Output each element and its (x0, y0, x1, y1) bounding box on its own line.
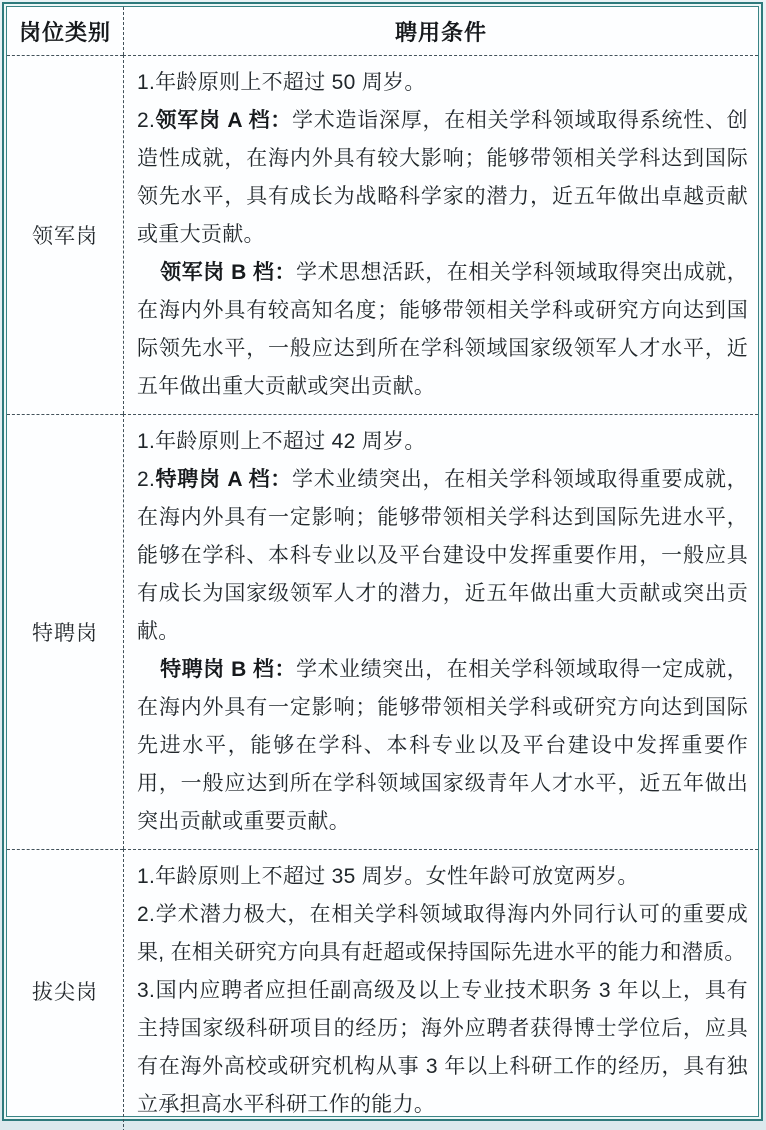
condition-tier-label: 领军岗 A 档： (155, 109, 292, 132)
condition-paragraph: 2.学术潜力极大，在相关学科领域取得海内外同行认可的重要成果, 在相关研究方向具… (137, 896, 748, 972)
condition-tier-label: 特聘岗 A 档： (155, 468, 292, 491)
conditions-cell-lingjun: 1.年龄原则上不超过 50 周岁。2.领军岗 A 档：学术造诣深厚，在相关学科领… (123, 55, 758, 414)
condition-paragraph: 领军岗 B 档：学术思想活跃，在相关学科领域取得突出成就，在海内外具有较高知名度… (137, 254, 748, 406)
column-header-category: 岗位类别 (7, 7, 123, 55)
category-cell-lingjun: 领军岗 (7, 55, 123, 414)
condition-text: 2.学术潜力极大，在相关学科领域取得海内外同行认可的重要成果, 在相关研究方向具… (137, 903, 748, 964)
condition-paragraph: 1.年龄原则上不超过 35 周岁。女性年龄可放宽两岁。 (137, 858, 748, 896)
column-header-conditions: 聘用条件 (123, 7, 758, 55)
condition-text: 2. (137, 109, 155, 132)
condition-paragraph: 1.年龄原则上不超过 42 周岁。 (137, 423, 748, 461)
condition-paragraph: 特聘岗 B 档：学术业绩突出，在相关学科领域取得一定成就，在海内外具有一定影响；… (137, 651, 748, 841)
condition-text: 2. (137, 468, 155, 491)
conditions-cell-tepin: 1.年龄原则上不超过 42 周岁。2.特聘岗 A 档：学术业绩突出，在相关学科领… (123, 414, 758, 849)
condition-paragraph: 3.国内应聘者应担任副高级及以上专业技术职务 3 年以上，具有主持国家级科研项目… (137, 972, 748, 1124)
table-outer-frame: 岗位类别 聘用条件 领军岗 1.年龄原则上不超过 50 周岁。2.领军岗 A 档… (2, 2, 763, 1121)
condition-tier-label: 领军岗 B 档： (160, 261, 296, 284)
condition-paragraph: 2.特聘岗 A 档：学术业绩突出，在相关学科领域取得重要成就，在海内外具有一定影… (137, 461, 748, 651)
condition-text: 1.年龄原则上不超过 35 周岁。女性年龄可放宽两岁。 (137, 865, 639, 888)
condition-paragraph: 2.领军岗 A 档：学术造诣深厚，在相关学科领域取得系统性、创造性成就，在海内外… (137, 102, 748, 254)
page: 岗位类别 聘用条件 领军岗 1.年龄原则上不超过 50 周岁。2.领军岗 A 档… (0, 0, 766, 1130)
condition-paragraph: 1.年龄原则上不超过 50 周岁。 (137, 64, 748, 102)
category-cell-tepin: 特聘岗 (7, 414, 123, 849)
condition-text: 1.年龄原则上不超过 50 周岁。 (137, 71, 426, 94)
conditions-cell-bajian: 1.年龄原则上不超过 35 周岁。女性年龄可放宽两岁。2.学术潜力极大，在相关学… (123, 849, 758, 1130)
condition-text: 学术业绩突出，在相关学科领域取得一定成就，在海内外具有一定影响；能够带领相关学科… (137, 658, 748, 833)
condition-text: 学术业绩突出，在相关学科领域取得重要成就，在海内外具有一定影响；能够带领相关学科… (137, 468, 748, 643)
category-cell-bajian: 拔尖岗 (7, 849, 123, 1130)
condition-tier-label: 特聘岗 B 档： (160, 658, 296, 681)
condition-text: 3.国内应聘者应担任副高级及以上专业技术职务 3 年以上，具有主持国家级科研项目… (137, 979, 748, 1116)
recruitment-conditions-table: 岗位类别 聘用条件 领军岗 1.年龄原则上不超过 50 周岁。2.领军岗 A 档… (7, 7, 758, 1130)
table-inner-frame: 岗位类别 聘用条件 领军岗 1.年龄原则上不超过 50 周岁。2.领军岗 A 档… (6, 6, 759, 1117)
condition-text: 1.年龄原则上不超过 42 周岁。 (137, 430, 426, 453)
